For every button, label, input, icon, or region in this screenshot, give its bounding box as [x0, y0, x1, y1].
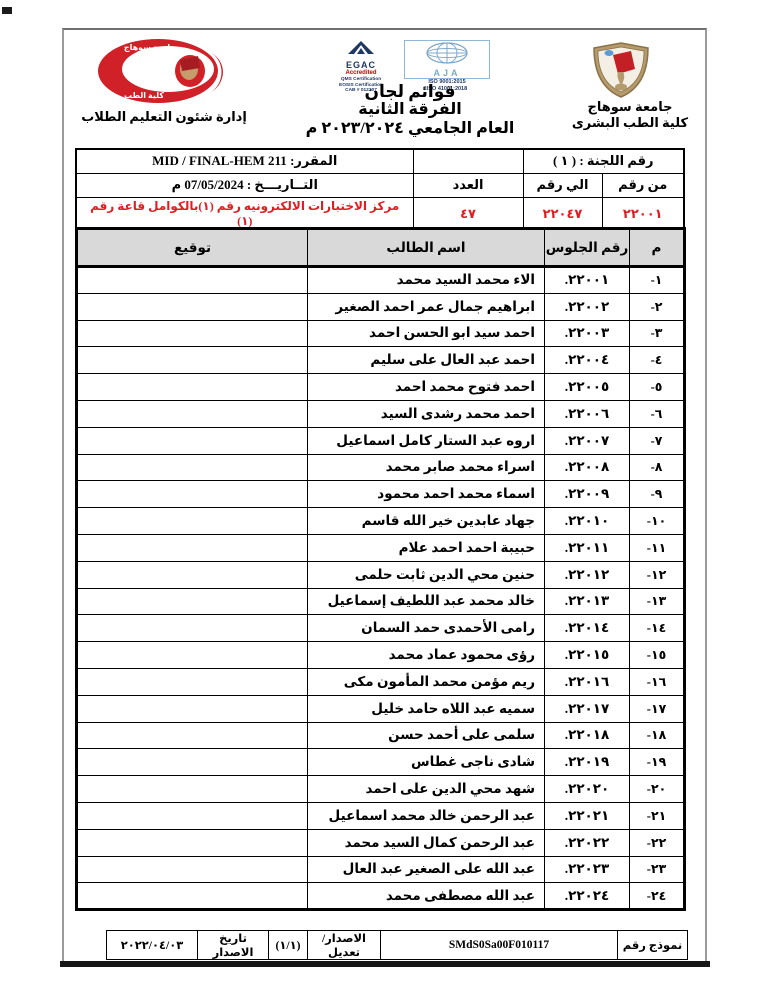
student-name-cell: احمد عبد العال على سليم	[308, 347, 545, 374]
aja-box: AJA	[404, 40, 490, 79]
table-row: ١٧-٢٢٠١٧.سميه عبد اللاه حامد خليل	[77, 695, 685, 722]
student-name-cell: رامى الأحمدى حمد السمان	[308, 615, 545, 642]
table-row: ٥-٢٢٠٠٥.احمد فتوح محمد احمد	[77, 374, 685, 401]
seat-number-cell: ٢٢٠٠١.	[545, 267, 630, 294]
seat-number-cell: ٢٢٠١٤.	[545, 615, 630, 642]
signature-cell	[77, 615, 308, 642]
student-name-cell: سلمى على أحمد حسن	[308, 722, 545, 749]
university-name-block: جامعة سوهاج كلية الطب البشرى	[560, 99, 700, 131]
row-number-cell: ٢٠-	[630, 776, 685, 803]
academic-year-title: العام الجامعي ٢٠٢٣/٢٠٢٤ م	[275, 119, 545, 139]
table-row: ٢٠-٢٢٠٢٠.شهد محي الدين على احمد	[77, 776, 685, 803]
student-name-cell: شادى ناجى غطاس	[308, 749, 545, 776]
seat-number-cell: ٢٢٠١٢.	[545, 561, 630, 588]
date-cell: التــاريـــخ : 07/05/2024 م	[76, 173, 413, 197]
row-number-cell: ٢١-	[630, 802, 685, 829]
university-name: جامعة سوهاج	[560, 99, 700, 115]
issue-date-value: ٢٠٢٢/٠٤/٠٣	[107, 931, 198, 960]
document-title-block: قوائم لجان الفرقة الثانية العام الجامعي …	[275, 83, 545, 139]
signature-cell	[77, 695, 308, 722]
scanned-exam-committee-page: { "header": { "right": { "logo_icon": "s…	[0, 0, 768, 994]
seat-number-cell: ٢٢٠١٥.	[545, 642, 630, 669]
issue-label: الاصدار/تعديل	[308, 931, 381, 960]
signature-cell	[77, 481, 308, 508]
students-table: م رقم الجلوس اسم الطالب توقيع ١-٢٢٠٠١.ال…	[75, 227, 686, 911]
seat-number-cell: ٢٢٠٠٣.	[545, 320, 630, 347]
students-header-row: م رقم الجلوس اسم الطالب توقيع	[77, 229, 685, 267]
table-row: ٧-٢٢٠٠٧.اروه عبد الستار كامل اسماعيل	[77, 427, 685, 454]
row-number-cell: ١٠-	[630, 508, 685, 535]
row-number-cell: ٣-	[630, 320, 685, 347]
grade-title: الفرقة الثانية	[275, 101, 545, 119]
seat-number-cell: ٢٢٠١٦.	[545, 668, 630, 695]
table-row: ١٠-٢٢٠١٠.جهاد عابدين خير الله قاسم	[77, 508, 685, 535]
row-number-cell: ١٣-	[630, 588, 685, 615]
row-number-cell: ١١-	[630, 534, 685, 561]
student-name-cell: سميه عبد اللاه حامد خليل	[308, 695, 545, 722]
scan-corner-artifact	[2, 7, 12, 14]
seat-number-cell: ٢٢٠٠٨.	[545, 454, 630, 481]
count-value: ٤٧	[413, 197, 523, 231]
issue-value: (١/١)	[269, 931, 308, 960]
signature-cell	[77, 267, 308, 294]
table-row: ٤-٢٢٠٠٤.احمد عبد العال على سليم	[77, 347, 685, 374]
seat-number-cell: ٢٢٠٢٣.	[545, 856, 630, 883]
sohag-university-shield-logo	[590, 42, 652, 98]
table-row: ١٣-٢٢٠١٣.خالد محمد عبد اللطيف إسماعيل	[77, 588, 685, 615]
row-number-cell: ٢٢-	[630, 829, 685, 856]
form-number-label: نموذج رقم	[618, 931, 688, 960]
seat-number-cell: ٢٢٠٠٤.	[545, 347, 630, 374]
signature-cell	[77, 454, 308, 481]
seat-number-cell: ٢٢٠٠٧.	[545, 427, 630, 454]
crescent-bottom-text: كلية الطب	[124, 91, 164, 100]
column-header-name: اسم الطالب	[308, 229, 545, 267]
student-name-cell: اسماء محمد احمد محمود	[308, 481, 545, 508]
student-name-cell: اروه عبد الستار كامل اسماعيل	[308, 427, 545, 454]
form-footer-table: نموذج رقم SMdS0Sa00F010117 الاصدار/تعديل…	[106, 930, 688, 960]
egac-accredited-label: Accredited	[328, 70, 394, 77]
table-row: ٨-٢٢٠٠٨.اسراء محمد صابر محمد	[77, 454, 685, 481]
student-name-cell: ريم مؤمن محمد المأمون مكى	[308, 668, 545, 695]
table-row: ٣-٢٢٠٠٣.احمد سيد ابو الحسن احمد	[77, 320, 685, 347]
signature-cell	[77, 374, 308, 401]
info-row-1: رقم اللجنة : ( ١ ) المقرر: MID / FINAL-H…	[76, 149, 684, 173]
student-name-cell: اسراء محمد صابر محمد	[308, 454, 545, 481]
table-row: ١-٢٢٠٠١.الاء محمد السيد محمد	[77, 267, 685, 294]
table-row: ٩-٢٢٠٠٩.اسماء محمد احمد محمود	[77, 481, 685, 508]
aja-name: AJA	[407, 69, 487, 78]
student-name-cell: خالد محمد عبد اللطيف إسماعيل	[308, 588, 545, 615]
table-row: ٢-٢٢٠٠٢.ابراهيم جمال عمر احمد الصغير	[77, 293, 685, 320]
table-row: ٢١-٢٢٠٢١.عبد الرحمن خالد محمد اسماعيل	[77, 802, 685, 829]
footer-row: نموذج رقم SMdS0Sa00F010117 الاصدار/تعديل…	[107, 931, 688, 960]
signature-cell	[77, 776, 308, 803]
table-row: ٢٢-٢٢٠٢٢.عبد الرحمن كمال السيد محمد	[77, 829, 685, 856]
table-row: ٦-٢٢٠٠٦.احمد محمد رشدى السيد	[77, 400, 685, 427]
red-crescent-medicine-logo: جامعة سوهاج كلية الطب	[92, 38, 235, 105]
row-number-cell: ١٢-	[630, 561, 685, 588]
table-row: ٢٣-٢٢٠٢٣.عبد الله على الصغير عبد العال	[77, 856, 685, 883]
issue-date-label: تاريخ الاصدار	[198, 931, 269, 960]
row-number-cell: ١٥-	[630, 642, 685, 669]
signature-cell	[77, 561, 308, 588]
department-name: إدارة شئون التعليم الطلاب	[78, 109, 250, 125]
table-row: ١٩-٢٢٠١٩.شادى ناجى غطاس	[77, 749, 685, 776]
faculty-name: كلية الطب البشرى	[560, 115, 700, 131]
info-row-2: من رقم الي رقم العدد التــاريـــخ : 07/0…	[76, 173, 684, 197]
row-number-cell: ٦-	[630, 400, 685, 427]
student-name-cell: ابراهيم جمال عمر احمد الصغير	[308, 293, 545, 320]
crescent-top-text: جامعة سوهاج	[124, 43, 177, 52]
row-number-cell: ٩-	[630, 481, 685, 508]
student-name-cell: شهد محي الدين على احمد	[308, 776, 545, 803]
seat-number-cell: ٢٢٠٢٤.	[545, 883, 630, 910]
table-row: ١٨-٢٢٠١٨.سلمى على أحمد حسن	[77, 722, 685, 749]
course-cell: المقرر: MID / FINAL-HEM 211	[76, 149, 413, 173]
from-number-label: من رقم	[602, 173, 684, 197]
signature-cell	[77, 802, 308, 829]
signature-cell	[77, 749, 308, 776]
count-label: العدد	[413, 173, 523, 197]
info-row-3: ٢٢٠٠١ ٢٢٠٤٧ ٤٧ مركز الاختبارات الالكترون…	[76, 197, 684, 231]
table-row: ١٢-٢٢٠١٢.حنين محي الدين ثابت حلمى	[77, 561, 685, 588]
column-header-number: م	[630, 229, 685, 267]
row-number-cell: ٤-	[630, 347, 685, 374]
table-row: ١٦-٢٢٠١٦.ريم مؤمن محمد المأمون مكى	[77, 668, 685, 695]
student-name-cell: عبد الرحمن كمال السيد محمد	[308, 829, 545, 856]
student-name-cell: احمد فتوح محمد احمد	[308, 374, 545, 401]
page-bottom-edge	[60, 961, 710, 967]
signature-cell	[77, 829, 308, 856]
row-number-cell: ٢٣-	[630, 856, 685, 883]
seat-number-cell: ٢٢٠٢٠.	[545, 776, 630, 803]
seat-number-cell: ٢٢٠١١.	[545, 534, 630, 561]
signature-cell	[77, 856, 308, 883]
student-name-cell: رؤى محمود عماد محمد	[308, 642, 545, 669]
signature-cell	[77, 722, 308, 749]
row-number-cell: ١٤-	[630, 615, 685, 642]
seat-number-cell: ٢٢٠١٣.	[545, 588, 630, 615]
signature-cell	[77, 347, 308, 374]
row-number-cell: ٧-	[630, 427, 685, 454]
row-number-cell: ٢-	[630, 293, 685, 320]
page-title: قوائم لجان	[275, 83, 545, 101]
row-number-cell: ٥-	[630, 374, 685, 401]
row-number-cell: ١٧-	[630, 695, 685, 722]
seat-number-cell: ٢٢٠١٩.	[545, 749, 630, 776]
student-name-cell: احمد محمد رشدى السيد	[308, 400, 545, 427]
seat-number-cell: ٢٢٠٢١.	[545, 802, 630, 829]
student-name-cell: الاء محمد السيد محمد	[308, 267, 545, 294]
egac-name: EGAC	[328, 61, 394, 70]
signature-cell	[77, 668, 308, 695]
seat-number-cell: ٢٢٠١٠.	[545, 508, 630, 535]
signature-cell	[77, 320, 308, 347]
signature-cell	[77, 400, 308, 427]
signature-cell	[77, 427, 308, 454]
signature-cell	[77, 642, 308, 669]
table-row: ١١-٢٢٠١١.حبيبة احمد احمد علام	[77, 534, 685, 561]
column-header-seat: رقم الجلوس	[545, 229, 630, 267]
committee-info-table: رقم اللجنة : ( ١ ) المقرر: MID / FINAL-H…	[75, 148, 685, 232]
student-name-cell: جهاد عابدين خير الله قاسم	[308, 508, 545, 535]
signature-cell	[77, 534, 308, 561]
column-header-signature: توقيع	[77, 229, 308, 267]
student-name-cell: حنين محي الدين ثابت حلمى	[308, 561, 545, 588]
row-number-cell: ٢٤-	[630, 883, 685, 910]
to-number-value: ٢٢٠٤٧	[523, 197, 602, 231]
committee-number-cell: رقم اللجنة : ( ١ )	[523, 149, 684, 173]
signature-cell	[77, 293, 308, 320]
row-number-cell: ١٨-	[630, 722, 685, 749]
signature-cell	[77, 588, 308, 615]
seat-number-cell: ٢٢٠٠٩.	[545, 481, 630, 508]
to-number-label: الي رقم	[523, 173, 602, 197]
row-number-cell: ١٦-	[630, 668, 685, 695]
row-number-cell: ١٩-	[630, 749, 685, 776]
signature-cell	[77, 883, 308, 910]
table-row: ٢٤-٢٢٠٢٤.عبد الله مصطفى محمد	[77, 883, 685, 910]
student-name-cell: عبد الله مصطفى محمد	[308, 883, 545, 910]
form-number-value: SMdS0Sa00F010117	[381, 931, 618, 960]
table-row: ١٤-٢٢٠١٤.رامى الأحمدى حمد السمان	[77, 615, 685, 642]
students-tbody: ١-٢٢٠٠١.الاء محمد السيد محمد٢-٢٢٠٠٢.ابرا…	[77, 267, 685, 910]
seat-number-cell: ٢٢٠١٨.	[545, 722, 630, 749]
signature-cell	[77, 508, 308, 535]
seat-number-cell: ٢٢٠١٧.	[545, 695, 630, 722]
row-number-cell: ١-	[630, 267, 685, 294]
seat-number-cell: ٢٢٠٠٢.	[545, 293, 630, 320]
student-name-cell: حبيبة احمد احمد علام	[308, 534, 545, 561]
student-name-cell: عبد الله على الصغير عبد العال	[308, 856, 545, 883]
row-number-cell: ٨-	[630, 454, 685, 481]
seat-number-cell: ٢٢٠٢٢.	[545, 829, 630, 856]
from-number-value: ٢٢٠٠١	[602, 197, 684, 231]
seat-number-cell: ٢٢٠٠٥.	[545, 374, 630, 401]
table-row: ١٥-٢٢٠١٥.رؤى محمود عماد محمد	[77, 642, 685, 669]
student-name-cell: عبد الرحمن خالد محمد اسماعيل	[308, 802, 545, 829]
empty-cell	[413, 149, 523, 173]
exam-center-cell: مركز الاختبارات الالكترونيه رقم (١)بالكو…	[76, 197, 413, 231]
seat-number-cell: ٢٢٠٠٦.	[545, 400, 630, 427]
student-name-cell: احمد سيد ابو الحسن احمد	[308, 320, 545, 347]
